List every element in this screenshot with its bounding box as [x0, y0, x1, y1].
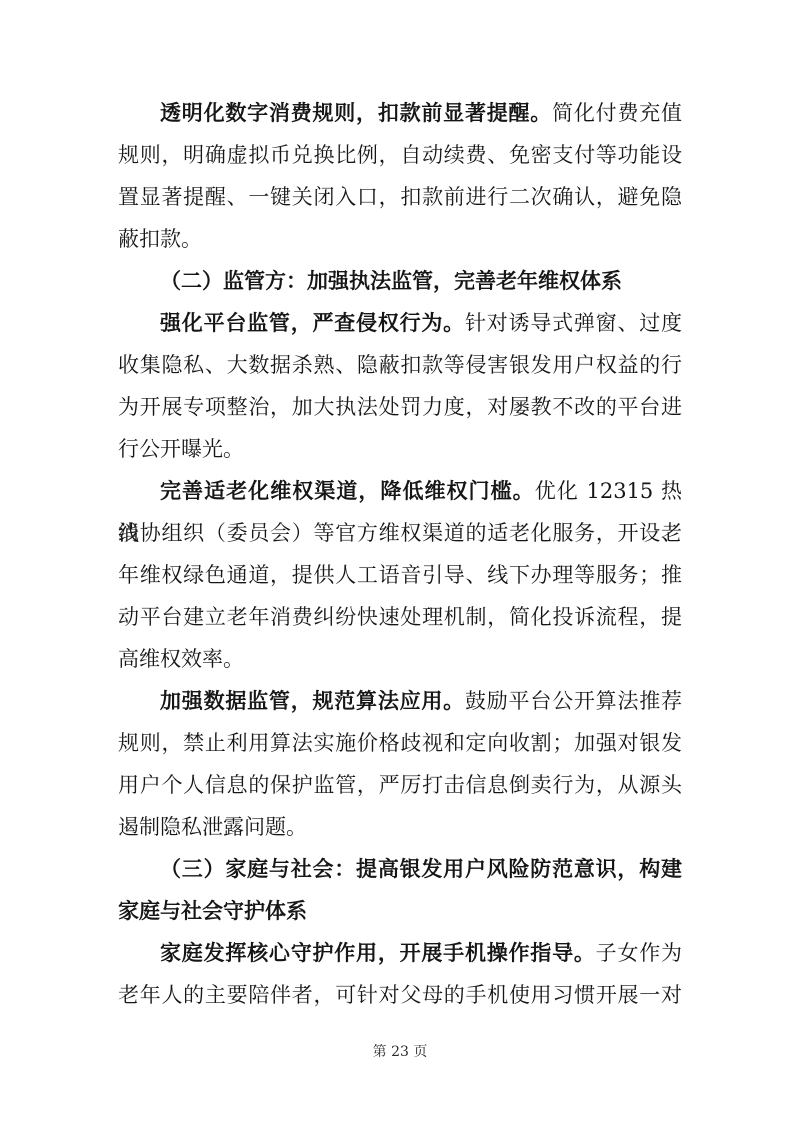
para-data-supervision-line-3: 用户个人信息的保护监管，严厉打击信息倒卖行为，从源头 [118, 764, 682, 806]
para-rights-channels-line-5: 高维权效率。 [118, 638, 682, 680]
bold-text-run: 加强数据监管，规范算法应用。 [160, 688, 465, 713]
bold-text-run: （二）监管方：加强执法监管，完善老年维权体系 [160, 268, 622, 293]
text-run: 简化付费充值 [552, 101, 682, 125]
para-rights-channels-line-4: 动平台建立老年消费纠纷快速处理机制，简化投诉流程，提 [118, 596, 682, 638]
text-run: 子女作为 [596, 941, 682, 965]
text-run: 年维权绿色通道，提供人工语音引导、线下办理等服务；推 [118, 563, 682, 587]
page-footer: 第 23 页 [0, 1042, 800, 1062]
para-platform-supervision-line-4: 行公开曝光。 [118, 428, 682, 470]
para-rights-channels-line-2: 消协组织（委员会）等官方维权渠道的适老化服务，开设老 [118, 512, 682, 554]
para-transparency-line-4: 蔽扣款。 [118, 218, 682, 260]
text-run: 消协组织（委员会）等官方维权渠道的适老化服务，开设老 [118, 521, 682, 545]
text-run: 蔽扣款。 [118, 227, 202, 251]
para-data-supervision-line-2: 规则，禁止利用算法实施价格歧视和定向收割；加强对银发 [118, 722, 682, 764]
text-run: 高维权效率。 [118, 647, 244, 671]
bold-text-run: 家庭发挥核心守护作用，开展手机操作指导。 [160, 940, 596, 965]
text-run: 收集隐私、大数据杀熟、隐蔽扣款等侵害银发用户权益的行 [118, 353, 682, 377]
para-transparency-line-2: 规则，明确虚拟币兑换比例，自动续费、免密支付等功能设 [118, 134, 682, 176]
page-number: 第 23 页 [373, 1044, 428, 1060]
para-data-supervision-line-1: 加强数据监管，规范算法应用。鼓励平台公开算法推荐 [118, 680, 682, 722]
text-run: 动平台建立老年消费纠纷快速处理机制，简化投诉流程，提 [118, 605, 682, 629]
para-transparency-line-1: 透明化数字消费规则，扣款前显著提醒。简化付费充值 [118, 92, 682, 134]
bold-text-run: 家庭与社会守护体系 [118, 898, 307, 923]
para-platform-supervision-line-1: 强化平台监管，严查侵权行为。针对诱导式弹窗、过度 [118, 302, 682, 344]
text-run: 规则，禁止利用算法实施价格歧视和定向收割；加强对银发 [118, 731, 682, 755]
heading-section-3-line-2: 家庭与社会守护体系 [118, 890, 682, 932]
text-run: 老年人的主要陪伴者，可针对父母的手机使用习惯开展一对 [118, 983, 682, 1007]
para-data-supervision-line-4: 遏制隐私泄露问题。 [118, 806, 682, 848]
para-rights-channels-line-1: 完善适老化维权渠道，降低维权门槛。优化 12315 热线、 [118, 470, 682, 512]
heading-section-3-line-1: （三）家庭与社会：提高银发用户风险防范意识，构建 [118, 848, 682, 890]
text-run: 置显著提醒、一键关闭入口，扣款前进行二次确认，避免隐 [118, 185, 682, 209]
document-page: 透明化数字消费规则，扣款前显著提醒。简化付费充值规则，明确虚拟币兑换比例，自动续… [0, 0, 800, 1131]
text-run: 用户个人信息的保护监管，严厉打击信息倒卖行为，从源头 [118, 773, 682, 797]
text-run: 行公开曝光。 [118, 437, 244, 461]
para-family-role-line-1: 家庭发挥核心守护作用，开展手机操作指导。子女作为 [118, 932, 682, 974]
para-platform-supervision-line-3: 为开展专项整治，加大执法处罚力度，对屡教不改的平台进 [118, 386, 682, 428]
text-run: 遏制隐私泄露问题。 [118, 815, 307, 839]
text-run: 为开展专项整治，加大执法处罚力度，对屡教不改的平台进 [118, 395, 682, 419]
bold-text-run: 完善适老化维权渠道，降低维权门槛。 [160, 478, 535, 503]
para-rights-channels-line-3: 年维权绿色通道，提供人工语音引导、线下办理等服务；推 [118, 554, 682, 596]
bold-text-run: 透明化数字消费规则，扣款前显著提醒。 [160, 100, 552, 125]
para-family-role-line-2: 老年人的主要陪伴者，可针对父母的手机使用习惯开展一对 [118, 974, 682, 1016]
bold-text-run: 强化平台监管，严查侵权行为。 [160, 310, 465, 335]
para-transparency-line-3: 置显著提醒、一键关闭入口，扣款前进行二次确认，避免隐 [118, 176, 682, 218]
text-run: 鼓励平台公开算法推荐 [465, 689, 682, 713]
text-run: 针对诱导式弹窗、过度 [465, 311, 682, 335]
text-run: 规则，明确虚拟币兑换比例，自动续费、免密支付等功能设 [118, 143, 682, 167]
heading-section-2: （二）监管方：加强执法监管，完善老年维权体系 [118, 260, 682, 302]
para-platform-supervision-line-2: 收集隐私、大数据杀熟、隐蔽扣款等侵害银发用户权益的行 [118, 344, 682, 386]
document-content: 透明化数字消费规则，扣款前显著提醒。简化付费充值规则，明确虚拟币兑换比例，自动续… [118, 92, 682, 1016]
bold-text-run: （三）家庭与社会：提高银发用户风险防范意识，构建 [160, 856, 682, 881]
